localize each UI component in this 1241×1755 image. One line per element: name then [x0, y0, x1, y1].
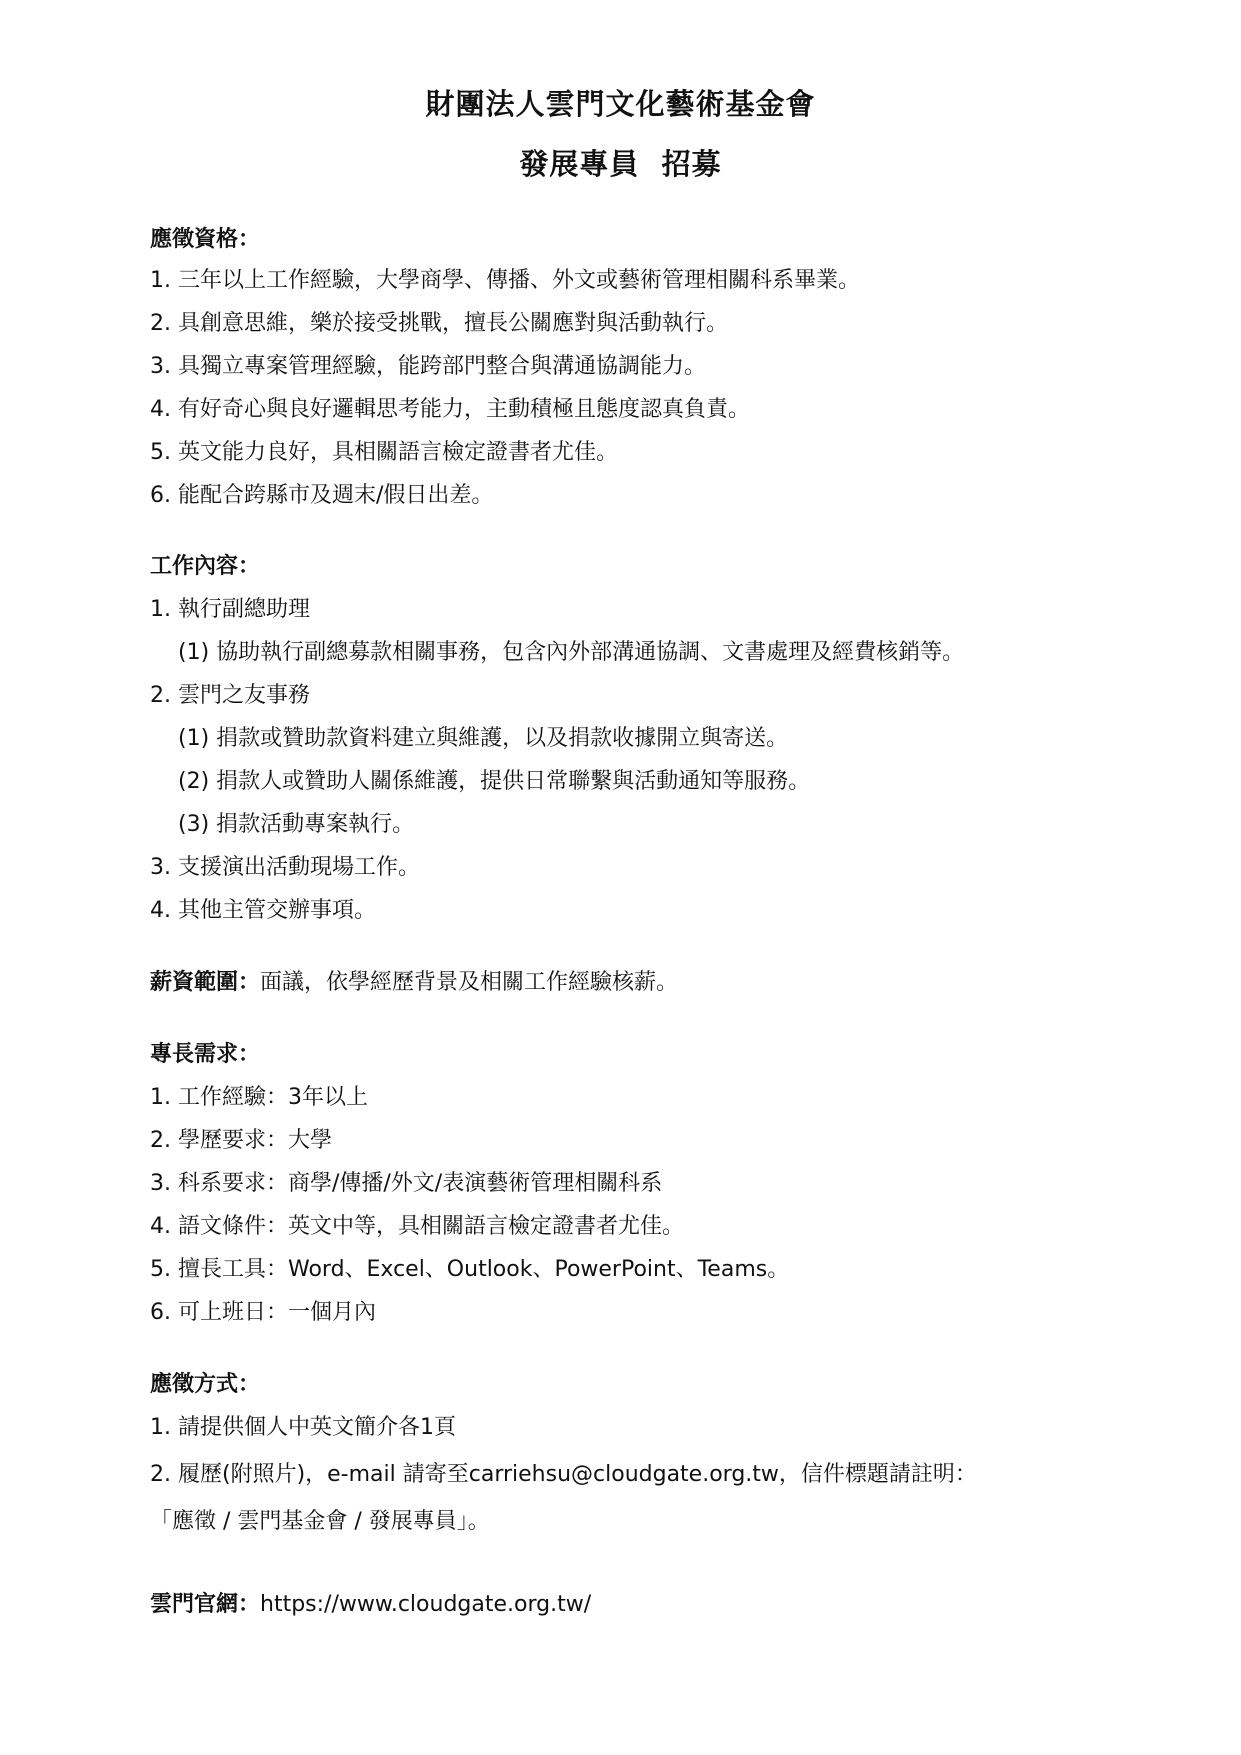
apply-subject-format: 「應徵 / 雲門基金會 / 發展專員」。 — [150, 1507, 490, 1537]
duty-subitem: (1) 捐款或贊助款資料建立與維護，以及捐款收據開立與寄送。 — [178, 724, 788, 754]
duty-item: 1. 執行副總助理 — [150, 595, 310, 625]
job-title: 發展專員 招募 — [0, 142, 1241, 183]
website-label: 雲門官網： — [150, 1592, 260, 1617]
skill-item: 3. 科系要求：商學/傳播/外文/表演藝術管理相關科系 — [150, 1169, 662, 1199]
apply-item: 1. 請提供個人中英文簡介各1頁 — [150, 1413, 456, 1443]
qualification-item: 4. 有好奇心與良好邏輯思考能力，主動積極且態度認真負責。 — [150, 395, 750, 425]
duties-heading: 工作內容： — [150, 552, 260, 582]
apply-item-email: 2. 履歷(附照片)，e-mail 請寄至carriehsu@cloudgate… — [150, 1460, 977, 1490]
qualifications-heading: 應徵資格： — [150, 225, 260, 255]
qualification-item: 6. 能配合跨縣市及週末/假日出差。 — [150, 481, 493, 511]
organization-title: 財團法人雲門文化藝術基金會 — [0, 82, 1241, 123]
duty-subitem: (1) 協助執行副總募款相關事務，包含內外部溝通協調、文書處理及經費核銷等。 — [178, 638, 964, 668]
skill-item: 5. 擅長工具：Word、Excel、Outlook、PowerPoint、Te… — [150, 1255, 789, 1285]
website-line: 雲門官網：https://www.cloudgate.org.tw/ — [150, 1590, 591, 1620]
qualification-item: 1. 三年以上工作經驗，大學商學、傳播、外文或藝術管理相關科系畢業。 — [150, 266, 860, 296]
qualification-item: 5. 英文能力良好，具相關語言檢定證書者尤佳。 — [150, 438, 618, 468]
salary-value: 面議，依學經歷背景及相關工作經驗核薪。 — [260, 970, 678, 995]
qualification-item: 3. 具獨立專案管理經驗，能跨部門整合與溝通協調能力。 — [150, 352, 706, 382]
salary-label: 薪資範圍： — [150, 970, 260, 995]
duty-item: 3. 支援演出活動現場工作。 — [150, 853, 420, 883]
duty-item: 4. 其他主管交辦事項。 — [150, 896, 376, 926]
qualification-item: 2. 具創意思維，樂於接受挑戰，擅長公關應對與活動執行。 — [150, 309, 728, 339]
skill-item: 6. 可上班日：一個月內 — [150, 1298, 376, 1328]
website-link[interactable]: https://www.cloudgate.org.tw/ — [260, 1592, 591, 1617]
duty-item: 2. 雲門之友事務 — [150, 681, 310, 711]
skill-item: 4. 語文條件：英文中等，具相關語言檢定證書者尤佳。 — [150, 1212, 684, 1242]
duty-subitem: (2) 捐款人或贊助人關係維護，提供日常聯繫與活動通知等服務。 — [178, 767, 810, 797]
skills-heading: 專長需求： — [150, 1040, 260, 1070]
skill-item: 2. 學歷要求：大學 — [150, 1126, 332, 1156]
apply-heading: 應徵方式： — [150, 1370, 260, 1400]
salary-line: 薪資範圍：面議，依學經歷背景及相關工作經驗核薪。 — [150, 968, 678, 998]
duty-subitem: (3) 捐款活動專案執行。 — [178, 810, 414, 840]
skill-item: 1. 工作經驗：3年以上 — [150, 1083, 368, 1113]
